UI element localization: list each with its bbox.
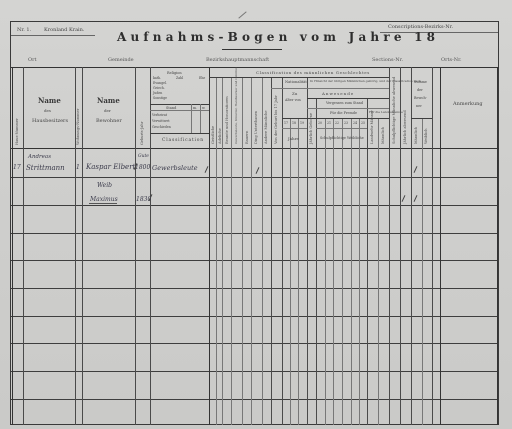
age-col-17: 17: [284, 121, 288, 125]
class-andere-header: Andere Männliche: [264, 110, 268, 144]
col-line: [222, 77, 223, 425]
col-line: [298, 118, 299, 425]
religion-col-zahl: Zahl: [176, 76, 183, 80]
table-header-bottom: [11, 148, 499, 149]
class-unterthanen-header: Ding Unterthanen: [254, 111, 258, 144]
row-line: [11, 260, 499, 261]
fremde-col: 25: [361, 121, 365, 125]
entry-wohnungs-nummer: 1: [76, 164, 80, 171]
row-line: [11, 343, 499, 344]
col-line: [378, 118, 379, 425]
fremde-col: 20: [318, 121, 322, 125]
religion-title: Religion: [167, 71, 182, 75]
col-line: [359, 118, 360, 425]
wohnungs-nummer-header: Wohnungs-Nummer: [76, 109, 80, 145]
religion-row: Sonstige: [153, 96, 167, 100]
religion-row: Juden: [153, 91, 162, 95]
jahre-header: Jahre: [288, 136, 299, 141]
entry-bewohner-name: Kaspar Elbert: [86, 163, 135, 171]
summe-header: Summe: [414, 80, 427, 84]
col-line: [333, 118, 334, 425]
header-subline: [316, 128, 367, 129]
bewohner-header-2: der: [104, 108, 111, 113]
stand-col-m: m.: [193, 106, 197, 110]
col-line: [325, 118, 326, 425]
col-line: [307, 77, 308, 425]
pencil-checkmark: [238, 11, 246, 18]
table-top-border: [11, 67, 499, 68]
entry-bewohner-name: Maximus: [90, 196, 118, 203]
col-line: [251, 77, 252, 425]
handwritten-underline: [89, 203, 117, 204]
jahrlich-geborne-header: Jährlich Geborne: [309, 113, 313, 144]
col-line: [411, 67, 412, 425]
entry-hausbesitzer-firstname: Andreas: [28, 154, 51, 160]
stand-row: Verwittwet: [152, 119, 170, 123]
in-der-fremde-header: Für die Fremde: [330, 111, 357, 115]
header-subline: [411, 118, 432, 119]
row-line: [11, 371, 499, 372]
alter-von-header: Alter von: [285, 98, 301, 102]
col-line: [432, 67, 433, 425]
jahrlich-abwesend-header: Jährlich abwesend: [403, 110, 407, 144]
religion-col-ehe: Ehe: [199, 76, 205, 80]
fremde-col: 23: [344, 121, 348, 125]
col-line: [440, 67, 441, 425]
stand-row: Geschieden: [152, 125, 171, 129]
header-subline: [307, 108, 389, 109]
col-line: [400, 67, 401, 425]
class-bauern-header: Bauern: [245, 131, 249, 144]
class-gewerbsleute-header: Gewerbsleute, Künstler, Handwerker und G…: [234, 67, 238, 144]
row-line: [11, 233, 499, 234]
form-number: Nr. 1.: [17, 27, 31, 33]
schulpflichtige-header: Schulpflichtige Weibliche: [320, 136, 364, 140]
row-line: [11, 205, 499, 206]
class-adeliche-header: Adeliche: [218, 128, 222, 144]
gemeinde-label: Gemeinde: [108, 57, 134, 63]
form-title: Aufnahms-Bogen vom Jahre 18: [117, 30, 439, 44]
col-line: [271, 77, 272, 425]
classification-group-header: Classification des männlichen Geschlecht…: [256, 70, 370, 75]
schulpflichtige-abwesend-header: Schulpflichtige Männliche abwesend: [392, 77, 396, 144]
anwesende-header: Anwesende: [322, 91, 354, 96]
stand-box-divider: [200, 104, 201, 133]
col-line: [12, 67, 13, 425]
header-subline: [307, 98, 389, 99]
row-line: [11, 288, 499, 289]
nationalitaet-header: Nationalität: [285, 80, 307, 84]
row-line: [11, 316, 499, 317]
col-line: [342, 118, 343, 425]
landesfremde-header: Für die Landesfremde: [369, 110, 403, 114]
col-line: [351, 118, 352, 425]
fremde-col: 21: [327, 121, 331, 125]
col-line: [216, 77, 217, 425]
orts-nr-label: Orts-Nr.: [441, 57, 462, 63]
bewohner-header-1: Name: [97, 96, 120, 105]
stand-box-bottom: [150, 133, 209, 134]
col-line: [150, 67, 151, 425]
summe-weiblich-header: Weiblich: [424, 128, 428, 144]
title-underline: [222, 49, 282, 50]
summe-mannlich-header: Männlich: [414, 127, 418, 144]
header-subline: [271, 88, 389, 89]
col-line: [23, 67, 24, 425]
geburts-jahr-header: Geburts-Jahr: [140, 122, 144, 145]
anmerkung-header: Anmerkung: [453, 101, 483, 107]
fremde-col: 22: [335, 121, 339, 125]
col-line: [290, 118, 291, 425]
col-line: [367, 98, 368, 425]
summe-header: ner: [416, 104, 422, 108]
class-geburt-17-header: Von der Geburt bis 17 Jahr: [274, 95, 278, 144]
religion-col-kath: kath.: [153, 76, 161, 80]
class-geistliche-header: Geistliche: [211, 126, 215, 144]
stand-box-divider: [191, 104, 192, 133]
religion-row: Griech.: [153, 86, 165, 90]
col-line: [316, 98, 317, 425]
hausbesitzer-header-1: Name: [38, 96, 61, 105]
hausbesitzer-header-3: Hausbesitzers: [32, 118, 68, 124]
header-subline: [282, 128, 307, 129]
landwehr-header: Landwehr Männer: [370, 110, 374, 144]
crownland: Kronland Krain.: [44, 27, 84, 33]
hausbesitzer-header-2: des: [44, 108, 51, 113]
landwehr-mannlich-header: Männlich: [381, 127, 385, 144]
haus-nummer-header: Haus-Nummer: [15, 118, 19, 145]
stand-col-w: w.: [202, 106, 205, 110]
col-line: [135, 67, 136, 425]
header-underline: [11, 35, 95, 36]
col-line: [262, 77, 263, 425]
sections-nr-label: Sections-Nr.: [372, 57, 403, 63]
col-line: [282, 77, 283, 425]
religion-row: Evangel.: [153, 81, 167, 85]
stand-header-line: [150, 110, 209, 111]
entry-geburtsjahr: 1800: [135, 164, 150, 171]
entry-haus-nummer: 17: [13, 164, 21, 171]
age-col-19: 19: [300, 121, 304, 125]
vergessen-header: Vergessen zum Stand: [326, 101, 363, 105]
col-line: [242, 77, 243, 425]
bewohner-header-3: Bewohner: [96, 118, 122, 124]
col-line: [231, 77, 232, 425]
zur-header: Zu: [292, 91, 297, 96]
col-line: [209, 67, 210, 425]
fremde-col: 24: [353, 121, 357, 125]
col-line: [422, 118, 423, 425]
abwesende-group-header: In Hinsicht der übrigen Männlichen gehör…: [310, 79, 421, 83]
entry-status: Gewerbsleute: [152, 164, 198, 172]
bezirkshauptmannschaft-label: Bezirkshauptmannschaft: [206, 57, 269, 63]
stand-title: Stand: [166, 106, 176, 110]
summe-header: Bewoh-: [414, 96, 427, 100]
entry-bewohner-name: Weib: [97, 182, 112, 189]
classification-label: Classification: [162, 138, 204, 143]
summe-header: der: [417, 88, 423, 92]
stand-row: Verheirat: [152, 113, 167, 117]
ort-label: Ort: [28, 57, 37, 63]
class-beamte-header: Beamte und Honoratioren: [225, 96, 229, 144]
col-line: [82, 67, 83, 425]
age-col-18: 18: [292, 121, 296, 125]
col-line: [389, 67, 390, 425]
col-line: [497, 67, 498, 425]
row-line: [11, 399, 499, 400]
row-line: [11, 177, 499, 178]
entry-hausbesitzer-surname: Strittmann: [26, 164, 65, 172]
entry-religion-note: Gute: [138, 154, 149, 159]
census-form-page: Nr. 1. Kronland Krain. Conscriptions-Bez…: [0, 0, 512, 429]
